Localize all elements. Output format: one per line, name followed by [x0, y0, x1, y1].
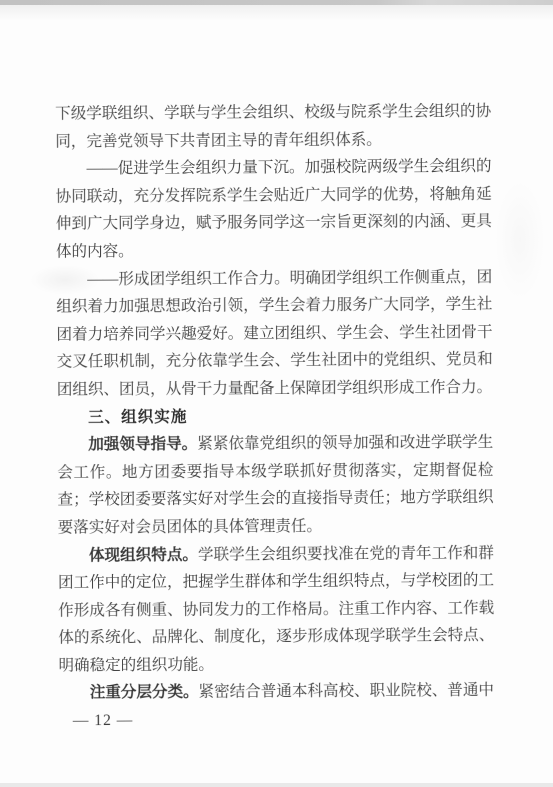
paragraph-classification: 注重分层分类。紧密结合普通本科高校、职业院校、普通中 [59, 677, 495, 707]
lead-phrase-leadership: 加强领导指导。 [88, 436, 197, 454]
scan-bottom-edge [0, 783, 553, 787]
section-heading: 三、组织实施 [57, 401, 493, 431]
lead-phrase-characteristics: 体现组织特点。 [89, 546, 198, 564]
paragraph-characteristics: 体现组织特点。学联学生会组织要找准在党的青年工作和群团工作中的定位，把握学生群体… [58, 539, 495, 680]
paragraph-continuation: 下级学联组织、学联与学生会组织、校级与院系学生会组织的协同，完善党领导下共青团主… [55, 98, 491, 156]
paragraph-dash-synergy: ——形成团学组织工作合力。明确团学组织工作侧重点，团组织着力加强思想政治引领，学… [56, 263, 493, 404]
paragraph-dash-promote: ——促进学生会组织力量下沉。加强校院两级学生会组织的协同联动，充分发挥院系学生会… [55, 153, 492, 266]
scanned-document-page: 下级学联组织、学联与学生会组织、校级与院系学生会组织的协同，完善党领导下共青团主… [0, 0, 553, 787]
scan-top-shade [0, 5, 553, 21]
document-body-text: 下级学联组织、学联与学生会组织、校级与院系学生会组织的协同，完善党领导下共青团主… [55, 98, 495, 735]
scan-smudge [495, 180, 545, 300]
lead-phrase-classification: 注重分层分类。 [90, 684, 199, 702]
paragraph-classification-body: 紧密结合普通本科高校、职业院校、普通中 [199, 682, 494, 701]
page-number: — 12 — [59, 705, 495, 735]
paragraph-leadership: 加强领导指导。紧紧依靠党组织的领导加强和改进学联学生会工作。地方团委要指导本级学… [57, 429, 494, 542]
